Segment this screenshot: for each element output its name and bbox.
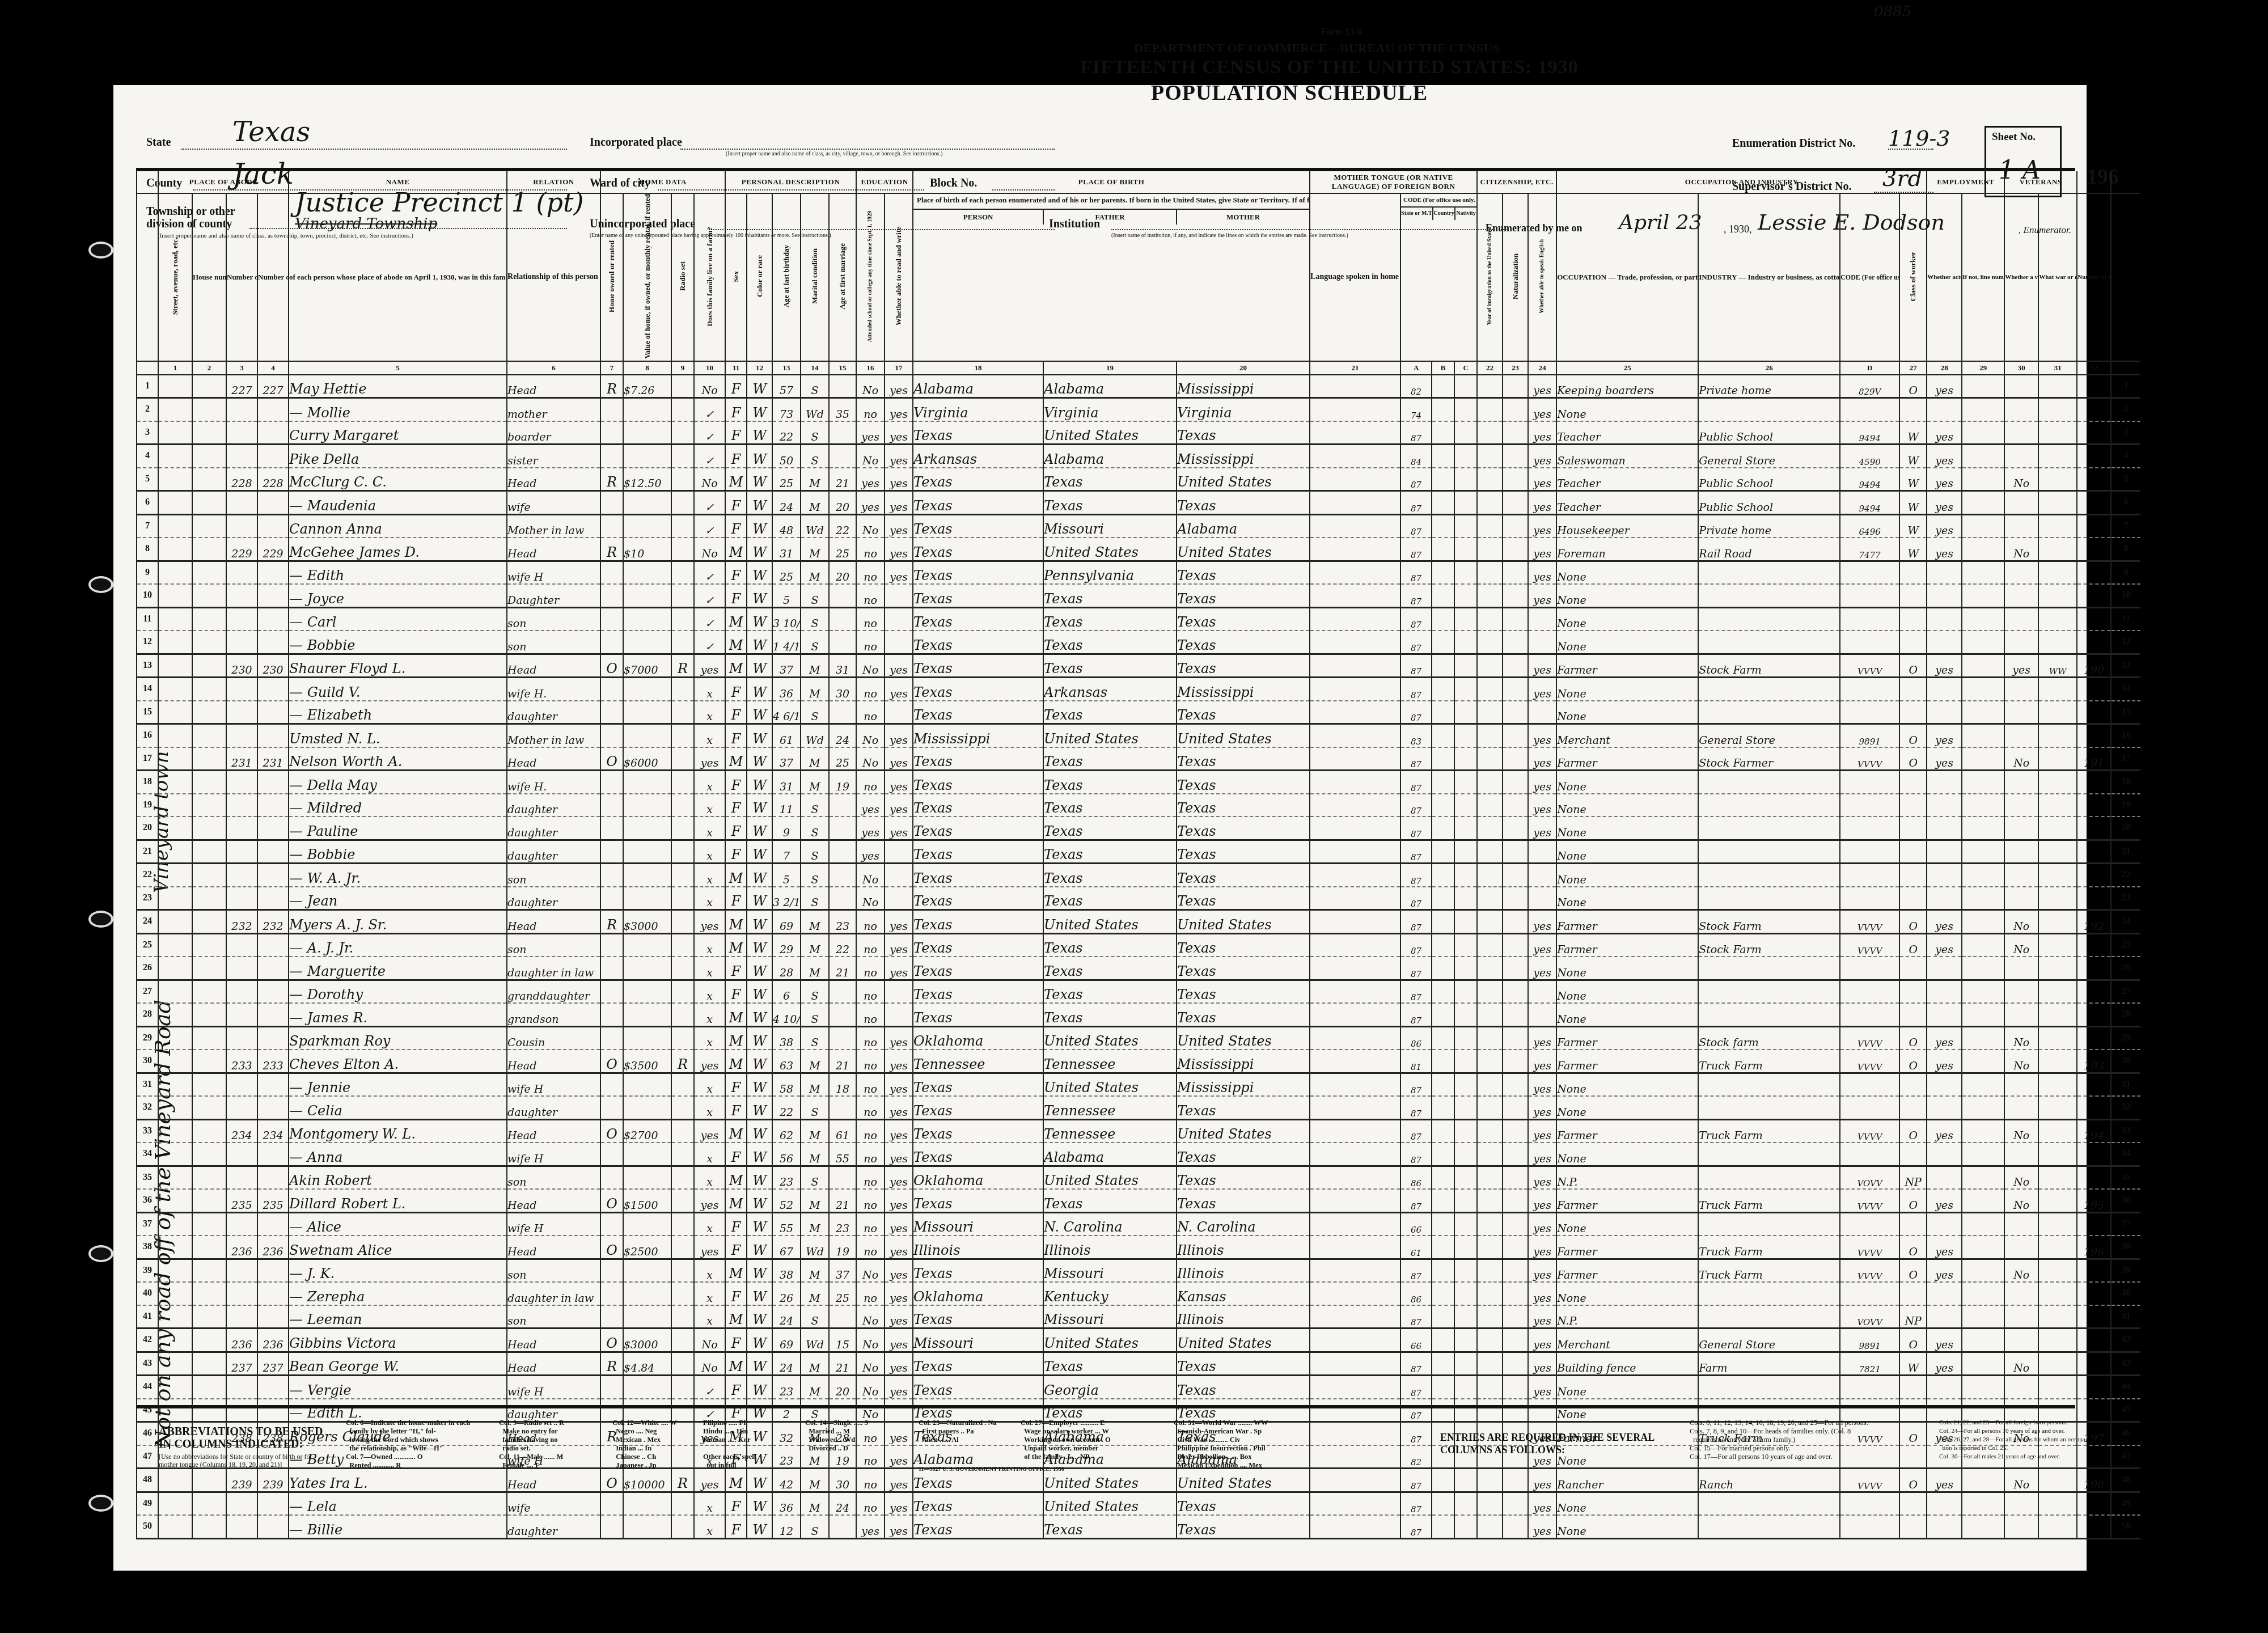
age-first-marriage: [829, 1096, 856, 1119]
relation: daughter: [507, 1096, 600, 1119]
veteran: No: [2004, 538, 2038, 561]
cell-street: [158, 1212, 192, 1236]
mother-tongue: [1310, 631, 1400, 654]
person-name: — Lela: [289, 1492, 507, 1515]
col-veteran: Whether a veteran of U.S. military or na…: [2004, 193, 2038, 361]
age-first-marriage: [829, 794, 856, 817]
birthplace-person: Texas: [913, 678, 1043, 701]
birthplace-father: Texas: [1043, 631, 1177, 654]
group-citizenship: CITIZENSHIP, ETC.: [1477, 171, 1556, 193]
line-number: 16: [137, 724, 158, 747]
attended-school: No: [856, 375, 885, 398]
occupation-code: 4590: [1840, 445, 1899, 468]
occupation-code: [1840, 864, 1899, 887]
col-school: Attended school or college any time sinc…: [866, 211, 874, 342]
birthplace-person: Mississippi: [913, 724, 1043, 747]
home-owned: [600, 1166, 623, 1189]
table-row: 36235235Dillard Robert L.HeadO$1500yesMW…: [137, 1189, 2140, 1212]
naturalization: [1503, 724, 1528, 747]
col-class: Class of worker: [1909, 252, 1917, 301]
mother-tongue: [1310, 816, 1400, 840]
unemployment-line: [1962, 607, 2004, 631]
lives-on-farm: ✓: [694, 584, 725, 607]
col-name: of each person whose place of abode on A…: [289, 193, 507, 361]
relation: son: [507, 1166, 600, 1189]
radio-set: [671, 375, 694, 398]
race: W: [747, 771, 772, 794]
code-country: [1432, 1212, 1454, 1236]
table-row: 7Cannon AnnaMother in law✓FW48Wd22NoyesT…: [137, 514, 2140, 538]
cell-house: [192, 1050, 226, 1073]
cell-street: [158, 561, 192, 584]
unemployment-line: [1962, 1003, 2004, 1026]
home-value: [623, 1026, 671, 1050]
punch-hole: [91, 578, 111, 591]
at-work: [1927, 887, 1962, 910]
naturalization: [1503, 398, 1528, 421]
cell-street: [158, 491, 192, 515]
speaks-english: yes: [1528, 1143, 1556, 1166]
birthplace-person: Illinois: [913, 1236, 1043, 1259]
line-number-right: 10: [2111, 584, 2140, 607]
home-owned: [600, 1026, 623, 1050]
class-of-worker: W: [1899, 1352, 1927, 1376]
age-first-marriage: 21: [829, 1352, 856, 1376]
cell-street: [158, 1073, 192, 1096]
birthplace-mother: Texas: [1177, 840, 1310, 864]
line-number-right: 12: [2111, 631, 2140, 654]
line-number: 44: [137, 1376, 158, 1399]
attended-school: No: [856, 654, 885, 678]
at-work: yes: [1927, 491, 1962, 515]
home-value: [623, 561, 671, 584]
race: W: [747, 980, 772, 1003]
occupation-code: [1840, 1376, 1899, 1399]
code-country: [1432, 887, 1454, 910]
family-number: [257, 1259, 289, 1282]
dwelling-number: [226, 1073, 257, 1096]
home-value: $3000: [623, 910, 671, 934]
can-read-write: yes: [885, 794, 913, 817]
at-work: yes: [1927, 1236, 1962, 1259]
group-name: NAME: [289, 171, 507, 193]
war: [2038, 1026, 2077, 1050]
relation: mother: [507, 398, 600, 421]
race: W: [747, 1282, 772, 1305]
age: 37: [772, 747, 801, 771]
war: [2038, 1259, 2077, 1282]
can-read-write: [885, 631, 913, 654]
industry: General Store: [1698, 724, 1840, 747]
occupation: Farmer: [1556, 1119, 1698, 1143]
col-birth-person: PERSON: [913, 210, 1043, 225]
age: 4 6/12: [772, 701, 801, 724]
marital-condition: M: [801, 1073, 829, 1096]
radio-set: [671, 724, 694, 747]
sex: F: [725, 375, 747, 398]
naturalization: [1503, 980, 1528, 1003]
home-owned: [600, 794, 623, 817]
occupation-code: 9891: [1840, 724, 1899, 747]
home-owned: [600, 631, 623, 654]
veteran: [2004, 1305, 2038, 1329]
mother-tongue: [1310, 1143, 1400, 1166]
age-first-marriage: [829, 980, 856, 1003]
sex: M: [725, 1026, 747, 1050]
immigration-year: [1477, 910, 1503, 934]
person-name: — Zerepha: [289, 1282, 507, 1305]
occupation-code: VVVV: [1840, 1119, 1899, 1143]
birthplace-father: United States: [1043, 1026, 1177, 1050]
industry: Stock Farm: [1698, 910, 1840, 934]
at-work: [1927, 1003, 1962, 1026]
home-value: [623, 1515, 671, 1538]
naturalization: [1503, 957, 1528, 980]
unemployment-line: [1962, 445, 2004, 468]
column-number: 9: [671, 361, 694, 375]
group-personal-description: PERSONAL DESCRIPTION: [725, 171, 856, 193]
home-owned: [600, 864, 623, 887]
line-number-right: 41: [2111, 1305, 2140, 1329]
person-name: Gibbins Victora: [289, 1329, 507, 1352]
age: 38: [772, 1026, 801, 1050]
person-name: — Jennie: [289, 1073, 507, 1096]
at-work: yes: [1927, 933, 1962, 957]
col-number-blank: [137, 361, 158, 375]
can-read-write: yes: [885, 816, 913, 840]
home-value: [623, 816, 671, 840]
radio-set: R: [671, 1050, 694, 1073]
class-of-worker: NP: [1899, 1166, 1927, 1189]
birthplace-mother: Texas: [1177, 631, 1310, 654]
dwelling-number: [226, 445, 257, 468]
col-owned: Home owned or rented: [608, 240, 616, 312]
person-name: McGehee James D.: [289, 538, 507, 561]
line-number-right: 32: [2111, 1096, 2140, 1119]
code-state: 83: [1400, 724, 1432, 747]
speaks-english: yes: [1528, 1212, 1556, 1236]
age: 36: [772, 678, 801, 701]
class-of-worker: [1899, 1073, 1927, 1096]
code-state: 87: [1400, 1376, 1432, 1399]
lives-on-farm: yes: [694, 1050, 725, 1073]
can-read-write: [885, 701, 913, 724]
mother-tongue: [1310, 514, 1400, 538]
farm-schedule: 196: [2077, 1236, 2111, 1259]
sex: F: [725, 887, 747, 910]
farm-schedule: [2077, 678, 2111, 701]
occupation-code: VVVV: [1840, 747, 1899, 771]
code-state: 87: [1400, 584, 1432, 607]
col-birth-father: FATHER: [1043, 210, 1176, 225]
lives-on-farm: x: [694, 701, 725, 724]
dwelling-number: 229: [226, 538, 257, 561]
mother-tongue: [1310, 933, 1400, 957]
cell-house: [192, 724, 226, 747]
speaks-english: yes: [1528, 747, 1556, 771]
mother-tongue: [1310, 1515, 1400, 1538]
line-number: 31: [137, 1073, 158, 1096]
marital-condition: S: [801, 1305, 829, 1329]
can-read-write: yes: [885, 375, 913, 398]
line-number-right: 38: [2111, 1236, 2140, 1259]
code-state: 87: [1400, 864, 1432, 887]
dwelling-number: [226, 701, 257, 724]
attended-school: no: [856, 1282, 885, 1305]
birthplace-mother: Texas: [1177, 1515, 1310, 1538]
cell-street: [158, 607, 192, 631]
marital-condition: S: [801, 1166, 829, 1189]
cell-street: [158, 771, 192, 794]
code-nativity: [1454, 607, 1477, 631]
birthplace-person: Texas: [913, 538, 1043, 561]
marital-condition: S: [801, 1515, 829, 1538]
farm-schedule: [2077, 445, 2111, 468]
industry: [1698, 607, 1840, 631]
industry: [1698, 1003, 1840, 1026]
code-nativity: [1454, 771, 1477, 794]
age-first-marriage: 24: [829, 724, 856, 747]
veteran: [2004, 816, 2038, 840]
unemployment-line: [1962, 933, 2004, 957]
unemployment-line: [1962, 398, 2004, 421]
column-number: 3: [226, 361, 257, 375]
radio-set: [671, 1376, 694, 1399]
class-of-worker: W: [1899, 538, 1927, 561]
birthplace-mother: Texas: [1177, 561, 1310, 584]
veteran: [2004, 584, 2038, 607]
immigration-year: [1477, 1050, 1503, 1073]
naturalization: [1503, 421, 1528, 445]
family-number: 233: [257, 1050, 289, 1073]
naturalization: [1503, 1119, 1528, 1143]
lives-on-farm: x: [694, 1143, 725, 1166]
line-number: 7: [137, 514, 158, 538]
code-nativity: [1454, 1119, 1477, 1143]
veteran: [2004, 724, 2038, 747]
column-number: 7: [600, 361, 623, 375]
attended-school: no: [856, 1492, 885, 1515]
war: [2038, 1515, 2077, 1538]
table-row: 1227227May HettieHeadR$7.26NoFW57SNoyesA…: [137, 375, 2140, 398]
occupation-code: [1840, 1282, 1899, 1305]
column-number: 1: [158, 361, 192, 375]
relation: sister: [507, 445, 600, 468]
class-of-worker: [1899, 678, 1927, 701]
line-number-right: 47: [2111, 1445, 2140, 1469]
column-number: 24: [1528, 361, 1556, 375]
birthplace-mother: Kansas: [1177, 1282, 1310, 1305]
code-nativity: [1454, 654, 1477, 678]
immigration-year: [1477, 607, 1503, 631]
can-read-write: yes: [885, 1166, 913, 1189]
line-number: 22: [137, 864, 158, 887]
dwelling-number: 234: [226, 1119, 257, 1143]
home-owned: [600, 724, 623, 747]
age-first-marriage: 19: [829, 771, 856, 794]
code-nativity: [1454, 1166, 1477, 1189]
marital-condition: M: [801, 1212, 829, 1236]
marital-condition: S: [801, 701, 829, 724]
home-value: [623, 887, 671, 910]
code-nativity: [1454, 421, 1477, 445]
home-value: [623, 514, 671, 538]
column-number: 10: [694, 361, 725, 375]
person-name: — Pauline: [289, 816, 507, 840]
column-number: 6: [507, 361, 600, 375]
lives-on-farm: yes: [694, 1119, 725, 1143]
sex: M: [725, 1050, 747, 1073]
can-read-write: yes: [885, 1259, 913, 1282]
line-number-right: 1: [2111, 375, 2140, 398]
age-first-marriage: [829, 1515, 856, 1538]
industry: [1698, 1073, 1840, 1096]
code-state: 87: [1400, 910, 1432, 934]
sex: M: [725, 1166, 747, 1189]
can-read-write: yes: [885, 538, 913, 561]
naturalization: [1503, 794, 1528, 817]
lives-on-farm: x: [694, 771, 725, 794]
relation: grandson: [507, 1003, 600, 1026]
mother-tongue: [1310, 1236, 1400, 1259]
class-of-worker: O: [1899, 1329, 1927, 1352]
code-nativity: [1454, 701, 1477, 724]
line-number-right: 7: [2111, 514, 2140, 538]
table-row: 40— Zerephadaughter in lawxFW26M25noyesO…: [137, 1282, 2140, 1305]
industry: Truck Farm: [1698, 1236, 1840, 1259]
line-number-right: 37: [2111, 1212, 2140, 1236]
attended-school: yes: [856, 794, 885, 817]
war: [2038, 933, 2077, 957]
age-first-marriage: [829, 1003, 856, 1026]
code-state: 87: [1400, 1119, 1432, 1143]
table-row: 17231231Nelson Worth A.HeadO$6000yesMW37…: [137, 747, 2140, 771]
class-of-worker: [1899, 816, 1927, 840]
code-state: 87: [1400, 654, 1432, 678]
race: W: [747, 491, 772, 515]
race: W: [747, 701, 772, 724]
col-war: What war or expedition?: [2038, 193, 2077, 361]
occupation: None: [1556, 771, 1698, 794]
family-number: 235: [257, 1189, 289, 1212]
table-row: 22— W. A. Jr.sonxMW5SNoTexasTexasTexas87…: [137, 864, 2140, 887]
code-nativity: [1454, 514, 1477, 538]
code-country: [1432, 1096, 1454, 1119]
unemployment-line: [1962, 771, 2004, 794]
war: [2038, 1003, 2077, 1026]
industry: Private home: [1698, 514, 1840, 538]
code-state: 87: [1400, 840, 1432, 864]
race: W: [747, 445, 772, 468]
immigration-year: [1477, 840, 1503, 864]
industry: Public School: [1698, 491, 1840, 515]
family-number: 228: [257, 468, 289, 491]
relation: Head: [507, 375, 600, 398]
veteran: [2004, 1003, 2038, 1026]
line-number: 36: [137, 1189, 158, 1212]
sex: M: [725, 747, 747, 771]
birthplace-person: Texas: [913, 1376, 1043, 1399]
cell-street: [158, 747, 192, 771]
home-value: $3000: [623, 1329, 671, 1352]
line-number: 8: [137, 538, 158, 561]
unemployment-line: [1962, 631, 2004, 654]
age: 36: [772, 1492, 801, 1515]
code-country: [1432, 1236, 1454, 1259]
birthplace-person: Texas: [913, 887, 1043, 910]
family-number: 237: [257, 1352, 289, 1376]
radio-set: [671, 607, 694, 631]
age: 12: [772, 1515, 801, 1538]
cell-street: [158, 1143, 192, 1166]
unemployment-line: [1962, 747, 2004, 771]
cell-house: [192, 538, 226, 561]
person-name: Curry Margaret: [289, 421, 507, 445]
immigration-year: [1477, 771, 1503, 794]
age: 7: [772, 840, 801, 864]
age: 3 10/12: [772, 607, 801, 631]
code-nativity: [1454, 375, 1477, 398]
code-state: 87: [1400, 491, 1432, 515]
home-value: $12.50: [623, 468, 671, 491]
family-number: [257, 561, 289, 584]
at-work: yes: [1927, 1259, 1962, 1282]
industry: [1698, 1376, 1840, 1399]
code-nativity: [1454, 1026, 1477, 1050]
birthplace-person: Texas: [913, 747, 1043, 771]
marital-condition: S: [801, 816, 829, 840]
farm-schedule: [2077, 607, 2111, 631]
occupation-code: [1840, 1143, 1899, 1166]
home-owned: O: [600, 747, 623, 771]
code-country: [1432, 701, 1454, 724]
radio-set: [671, 1073, 694, 1096]
home-owned: [600, 887, 623, 910]
class-of-worker: W: [1899, 514, 1927, 538]
lives-on-farm: x: [694, 678, 725, 701]
class-of-worker: [1899, 980, 1927, 1003]
occupation: Farmer: [1556, 933, 1698, 957]
industry: Stock Farm: [1698, 654, 1840, 678]
class-of-worker: [1899, 1492, 1927, 1515]
mother-tongue: [1310, 1050, 1400, 1073]
cell-house: [192, 957, 226, 980]
cell-house: [192, 1515, 226, 1538]
person-name: — Bobbie: [289, 631, 507, 654]
mother-tongue: [1310, 771, 1400, 794]
relation: boarder: [507, 421, 600, 445]
dwelling-number: 237: [226, 1352, 257, 1376]
cell-house: [192, 1212, 226, 1236]
class-of-worker: O: [1899, 933, 1927, 957]
unemployment-line: [1962, 1492, 2004, 1515]
col-immigration: Year of immigration to the United States: [1486, 227, 1494, 325]
state-label: State: [146, 136, 171, 149]
class-of-worker: O: [1899, 375, 1927, 398]
line-number-right: 36: [2111, 1189, 2140, 1212]
farm-schedule: [2077, 538, 2111, 561]
can-read-write: yes: [885, 421, 913, 445]
war: [2038, 1096, 2077, 1119]
class-of-worker: W: [1899, 468, 1927, 491]
home-owned: [600, 1096, 623, 1119]
column-number: 21: [1310, 361, 1400, 375]
relation: son: [507, 1259, 600, 1282]
radio-set: [671, 1026, 694, 1050]
class-of-worker: O: [1899, 1050, 1927, 1073]
birthplace-mother: Texas: [1177, 864, 1310, 887]
birthplace-mother: Texas: [1177, 1492, 1310, 1515]
